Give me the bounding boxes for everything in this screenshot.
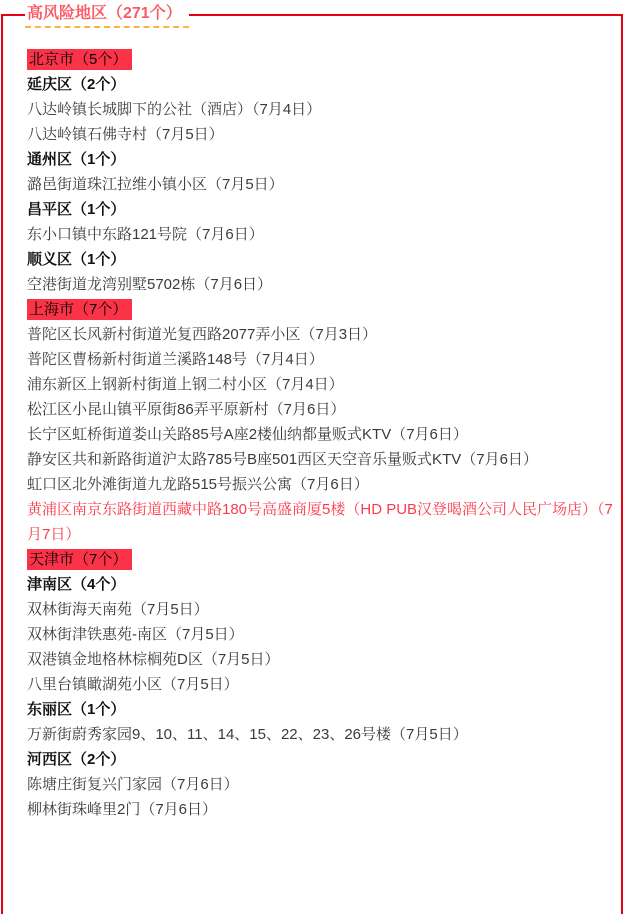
risk-item: 虹口区北外滩街道九龙路515号振兴公寓（7月6日） [27,472,613,497]
risk-item: 东小口镇中东路121号院（7月6日） [27,222,613,247]
risk-item: 双林街津铁惠苑-南区（7月5日） [27,622,613,647]
risk-item: 八达岭镇石佛寺村（7月5日） [27,122,613,147]
district-header: 津南区（4个） [27,572,613,597]
risk-item: 浦东新区上钢新村街道上钢二村小区（7月4日） [27,372,613,397]
city-header-label: 上海市（7个） [27,299,132,320]
risk-item: 长宁区虹桥街道娄山关路85号A座2楼仙纳都量贩式KTV（7月6日） [27,422,613,447]
risk-panel: 高风险地区（271个） 北京市（5个）延庆区（2个）八达岭镇长城脚下的公社（酒店… [1,14,623,816]
city-header-label: 天津市（7个） [27,549,132,570]
risk-item: 普陀区长风新村街道光复西路2077弄小区（7月3日） [27,322,613,347]
risk-item: 松江区小昆山镇平原街86弄平原新村（7月6日） [27,397,613,422]
city-header: 天津市（7个） [27,547,613,572]
risk-item: 陈塘庄街复兴门家园（7月6日） [27,772,613,797]
city-header: 上海市（7个） [27,297,613,322]
risk-item: 潞邑街道珠江拉维小镇小区（7月5日） [27,172,613,197]
risk-item: 八达岭镇长城脚下的公社（酒店）（7月4日） [27,97,613,122]
risk-item: 双港镇金地格林棕榈苑D区（7月5日） [27,647,613,672]
risk-item: 双林街海天南苑（7月5日） [27,597,613,622]
risk-item-red: 黄浦区南京东路街道西藏中路180号高盛商厦5楼（HD PUB汉登喝酒公司人民广场… [27,497,613,547]
panel-title: 高风险地区（271个） [25,3,189,28]
district-header: 昌平区（1个） [27,197,613,222]
district-header: 河西区（2个） [27,747,613,772]
risk-item: 静安区共和新路街道沪太路785号B座501西区天空音乐量贩式KTV（7月6日） [27,447,613,472]
city-header-label: 北京市（5个） [27,49,132,70]
risk-item: 空港街道龙湾别墅5702栋（7月6日） [27,272,613,297]
risk-item: 八里台镇瞰湖苑小区（7月5日） [27,672,613,697]
risk-item: 万新街蔚秀家园9、10、11、14、15、22、23、26号楼（7月5日） [27,722,613,747]
district-header: 顺义区（1个） [27,247,613,272]
risk-item: 柳林街珠峰里2门（7月6日） [27,797,613,816]
district-header: 东丽区（1个） [27,697,613,722]
district-header: 延庆区（2个） [27,72,613,97]
city-header: 北京市（5个） [27,47,613,72]
district-header: 通州区（1个） [27,147,613,172]
risk-list: 北京市（5个）延庆区（2个）八达岭镇长城脚下的公社（酒店）（7月4日）八达岭镇石… [3,16,621,816]
risk-item: 普陀区曹杨新村街道兰溪路148号（7月4日） [27,347,613,372]
